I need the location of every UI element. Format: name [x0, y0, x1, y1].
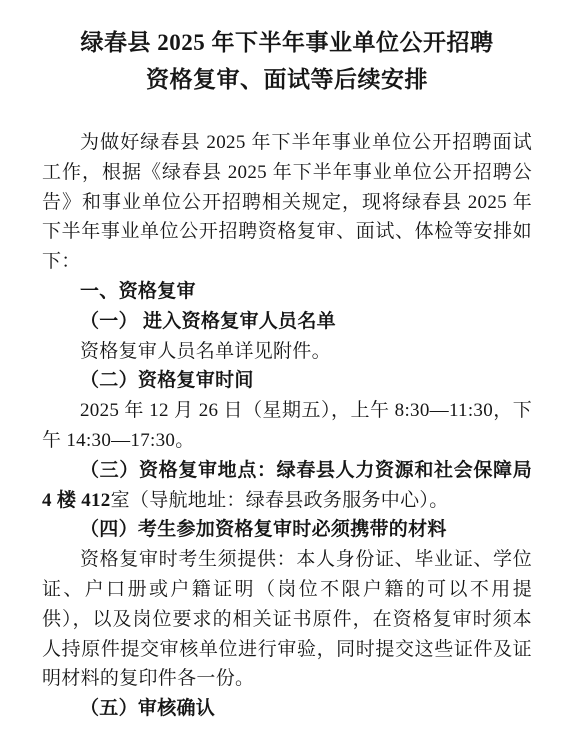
- review-location-paragraph: （三）资格复审地点：绿春县人力资源和社会保障局 4 楼 412室（导航地址：绿春…: [42, 456, 532, 516]
- review-time-text: 2025 年 12 月 26 日（星期五），上午 8:30—11:30，下午 1…: [42, 396, 532, 456]
- subsection-heading-confirmation: （五）审核确认: [42, 694, 532, 724]
- subsection-heading-review-time: （二）资格复审时间: [42, 366, 532, 396]
- intro-paragraph: 为做好绿春县 2025 年下半年事业单位公开招聘面试工作，根据《绿春县 2025…: [42, 128, 532, 277]
- namelist-text: 资格复审人员名单详见附件。: [42, 337, 532, 367]
- document-title-line2: 资格复审、面试等后续安排: [146, 67, 428, 92]
- document-title-line1: 绿春县 2025 年下半年事业单位公开招聘: [81, 30, 494, 55]
- section-heading-qualification-review: 一、资格复审: [42, 277, 532, 307]
- materials-text: 资格复审时考生须提供：本人身份证、毕业证、学位证、户口册或户籍证明（岗位不限户籍…: [42, 545, 532, 694]
- review-location-rest: 室（导航地址：绿春县政务服务中心）。: [111, 490, 449, 511]
- document-page: 绿春县 2025 年下半年事业单位公开招聘 资格复审、面试等后续安排 为做好绿春…: [0, 0, 572, 732]
- subsection-heading-namelist: （一） 进入资格复审人员名单: [42, 307, 532, 337]
- document-body: 为做好绿春县 2025 年下半年事业单位公开招聘面试工作，根据《绿春县 2025…: [42, 128, 532, 724]
- document-title: 绿春县 2025 年下半年事业单位公开招聘 资格复审、面试等后续安排: [42, 24, 532, 98]
- subsection-heading-materials: （四）考生参加资格复审时必须携带的材料: [42, 515, 532, 545]
